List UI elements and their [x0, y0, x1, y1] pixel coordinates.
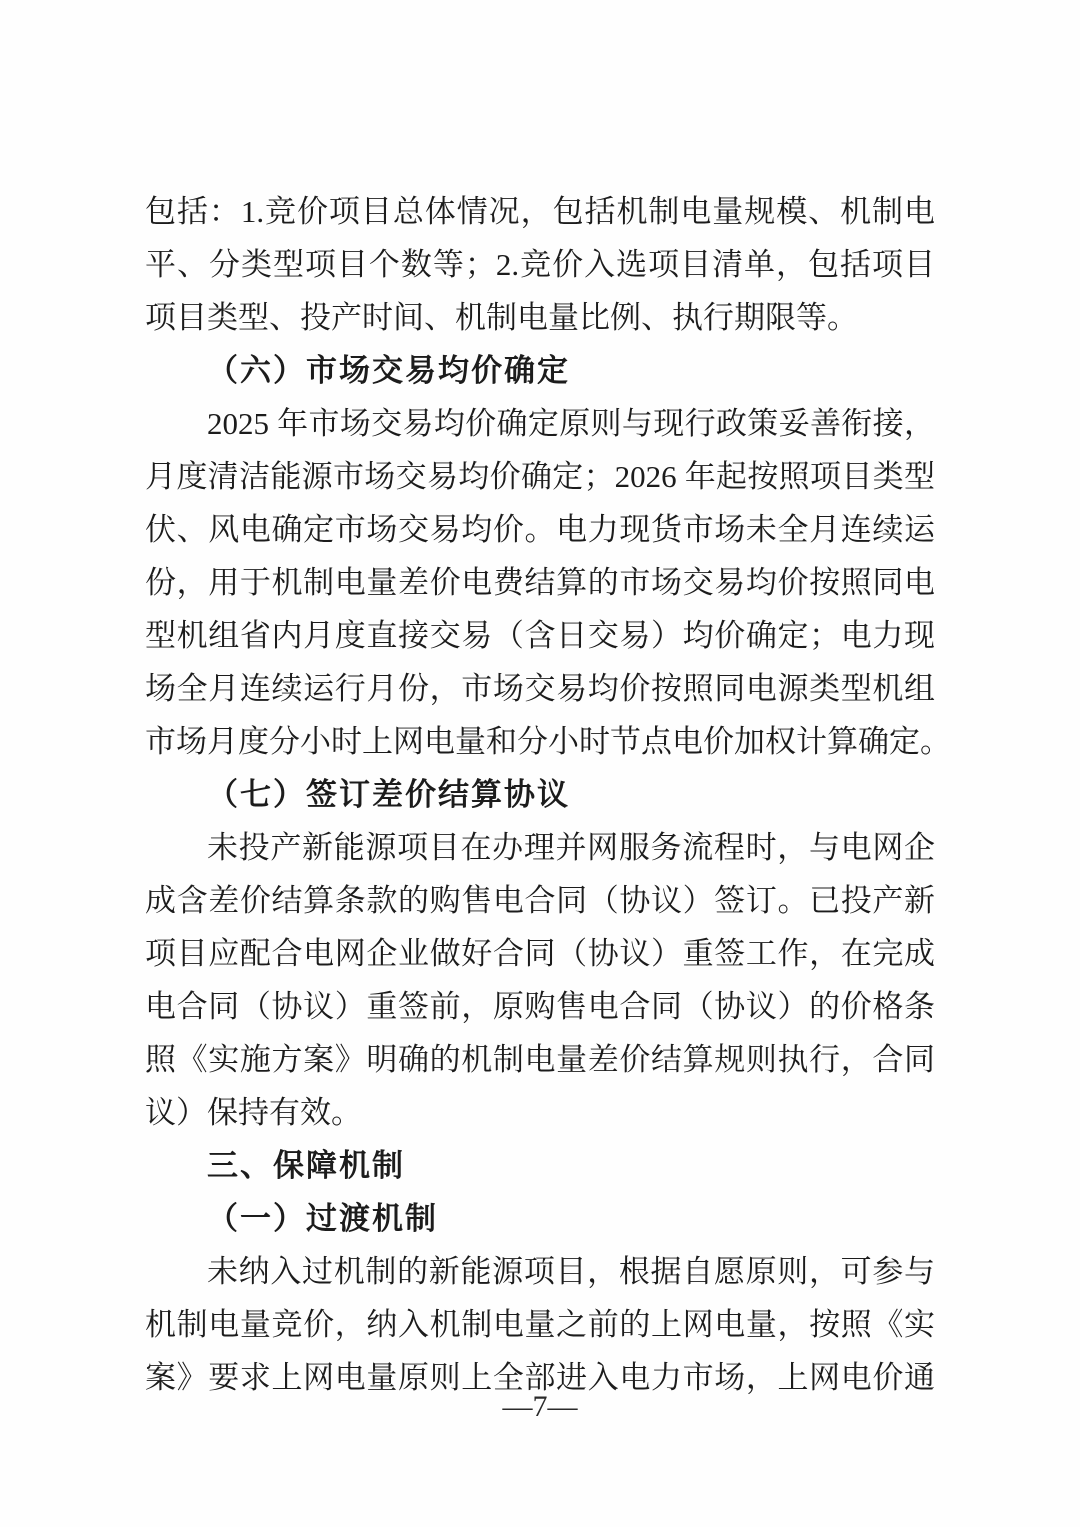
text-line: 场全月连续运行月份，市场交易均价按照同电源类型机组实时	[145, 662, 935, 715]
section-heading: （六）市场交易均价确定	[145, 344, 935, 397]
section-heading: （七）签订差价结算协议	[145, 768, 935, 821]
text-line: 2025 年市场交易均价确定原则与现行政策妥善衔接，按照	[145, 397, 935, 450]
text-line: 月度清洁能源市场交易均价确定；2026 年起按照项目类型分光	[145, 450, 935, 503]
text-line: 项目应配合电网企业做好合同（协议）重签工作，在完成购售	[145, 927, 935, 980]
text-line: 市场月度分小时上网电量和分小时节点电价加权计算确定。	[145, 715, 935, 768]
text-line: 伏、风电确定市场交易均价。电力现货市场未全月连续运行月	[145, 503, 935, 556]
text-line: 照《实施方案》明确的机制电量差价结算规则执行，合同（协	[145, 1033, 935, 1086]
text-line: 未投产新能源项目在办理并网服务流程时，与电网企业完	[145, 821, 935, 874]
text-line: 电合同（协议）重签前，原购售电合同（协议）的价格条款按	[145, 980, 935, 1033]
text-line: 份，用于机制电量差价电费结算的市场交易均价按照同电源类	[145, 556, 935, 609]
text-line: 未纳入过机制的新能源项目，根据自愿原则，可参与后续	[145, 1245, 935, 1298]
page-number: —7—	[0, 1390, 1080, 1424]
section-heading: （一）过渡机制	[145, 1192, 935, 1245]
text-line: 机制电量竞价，纳入机制电量之前的上网电量，按照《实施方	[145, 1298, 935, 1351]
document-page: 包括：1.竞价项目总体情况，包括机制电量规模、机制电价水 平、分类型项目个数等；…	[0, 0, 1080, 1527]
text-line: 平、分类型项目个数等；2.竞价入选项目清单，包括项目名称、	[145, 238, 935, 291]
text-line: 项目类型、投产时间、机制电量比例、执行期限等。	[145, 291, 935, 344]
text-line: 议）保持有效。	[145, 1086, 935, 1139]
chapter-heading: 三、保障机制	[145, 1139, 935, 1192]
text-line: 型机组省内月度直接交易（含日交易）均价确定；电力现货市	[145, 609, 935, 662]
text-line: 成含差价结算条款的购售电合同（协议）签订。已投产新能源	[145, 874, 935, 927]
text-line: 包括：1.竞价项目总体情况，包括机制电量规模、机制电价水	[145, 185, 935, 238]
document-body: 包括：1.竞价项目总体情况，包括机制电量规模、机制电价水 平、分类型项目个数等；…	[145, 185, 935, 1404]
